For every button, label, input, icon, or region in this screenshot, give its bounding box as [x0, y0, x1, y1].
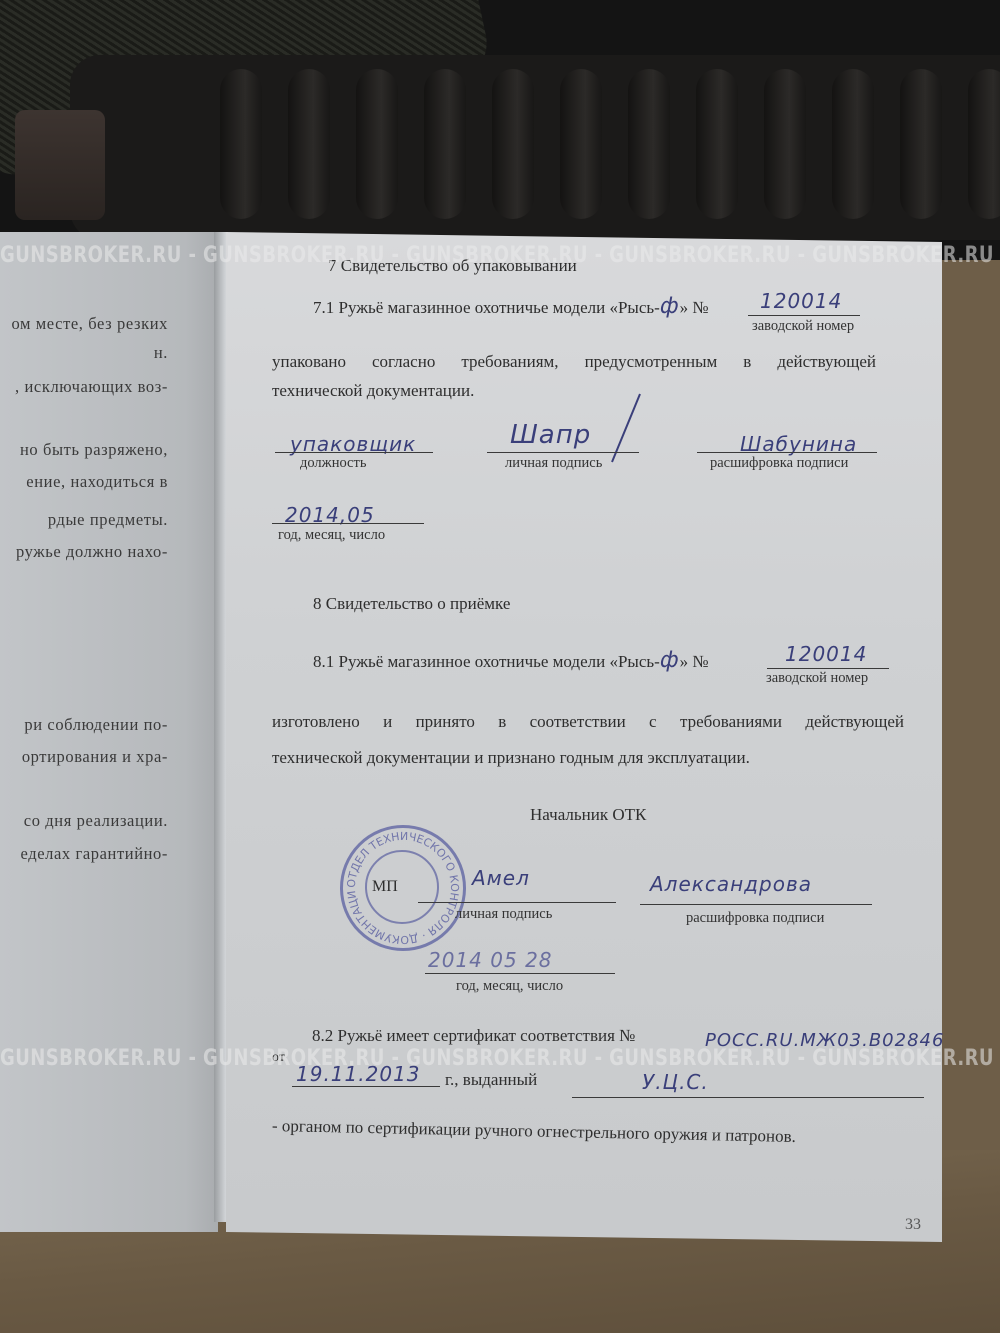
name-underline	[640, 904, 872, 905]
barrel-ring	[15, 110, 105, 220]
otk-stamp: ОТДЕЛ ТЕХНИЧЕСКОГО КОНТРОЛЯ · ДОКУМЕНТАЦ…	[340, 825, 466, 951]
cert-issuer-underline	[572, 1097, 924, 1098]
section8-body-line1: изготовлено и принято в соответствии с т…	[272, 712, 904, 732]
date-underline	[425, 973, 615, 974]
forend-rib	[900, 69, 942, 219]
forend-rib	[560, 69, 602, 219]
section7-item-suffix: » №	[680, 298, 709, 317]
otk-title: Начальник ОТК	[530, 805, 646, 825]
left-page-line: ортирования и хра-	[22, 747, 168, 767]
forend-rib	[220, 69, 262, 219]
section7-item-prefix: 7.1 Ружьё магазинное охотничье модели «Р…	[313, 298, 660, 317]
page-number: 33	[905, 1216, 921, 1234]
model-letter-handwritten: ф	[660, 648, 680, 673]
serial-underline	[767, 668, 889, 669]
forend-rib	[968, 69, 1000, 219]
section8-item-prefix: 8.1 Ружьё магазинное охотничье модели «Р…	[313, 652, 660, 671]
section8-date-caption: год, месяц, число	[456, 978, 563, 995]
signature-underline	[418, 902, 616, 903]
section7-body-line1: упаковано согласно требованиям, предусмо…	[272, 352, 876, 372]
section8-body-line2: технической документации и признано годн…	[272, 748, 750, 768]
section7-signature: Шапр	[510, 420, 591, 450]
section7-body-line2: технической документации.	[272, 381, 474, 401]
forend-rib	[492, 69, 534, 219]
cert-date-underline	[292, 1086, 440, 1087]
svg-text:ОТДЕЛ ТЕХНИЧЕСКОГО КОНТРОЛЯ ·: ОТДЕЛ ТЕХНИЧЕСКОГО КОНТРОЛЯ · ДОКУМЕНТАЦ…	[340, 825, 461, 946]
left-page-line: со дня реализации.	[24, 811, 168, 831]
section8-date-handwritten: 2014 05 28	[428, 948, 553, 972]
section8-name-caption: расшифровка подписи	[686, 910, 824, 927]
section7-item: 7.1 Ружьё магазинное охотничье модели «Р…	[313, 294, 709, 319]
serial-underline	[748, 315, 860, 316]
section7-name-caption: расшифровка подписи	[710, 455, 848, 472]
left-page-line: ри соблюдении по-	[24, 715, 168, 735]
section8-item-suffix: » №	[680, 652, 709, 671]
section8-name-handwritten: Александрова	[650, 872, 812, 896]
stamp-text-ring: ОТДЕЛ ТЕХНИЧЕСКОГО КОНТРОЛЯ · ДОКУМЕНТАЦ…	[340, 825, 466, 951]
mp-label: МП	[372, 878, 398, 896]
section8-serial-number: 120014	[785, 642, 867, 666]
left-page-line: , исключающих воз-	[15, 377, 168, 397]
shotgun-forend	[70, 55, 1000, 240]
watermark-bottom: GUNSBROKER.RU - GUNSBROKER.RU - GUNSBROK…	[0, 1046, 820, 1071]
section8-signature: Амел	[472, 866, 530, 890]
cert-line1: 8.2 Ружьё имеет сертификат соответствия …	[312, 1026, 635, 1046]
forend-rib	[424, 69, 466, 219]
forend-rib	[628, 69, 670, 219]
section8-signature-caption: личная подпись	[455, 906, 552, 923]
signature-underline	[487, 452, 639, 453]
name-underline	[697, 452, 877, 453]
left-page-line: ружье должно нахо-	[16, 542, 168, 562]
cert-issuer-handwritten: У.Ц.С.	[642, 1070, 709, 1094]
position-underline	[275, 452, 433, 453]
forend-rib	[832, 69, 874, 219]
cert-issued: г., выданный	[445, 1070, 537, 1090]
forend-rib	[288, 69, 330, 219]
watermark-top: GUNSBROKER.RU - GUNSBROKER.RU - GUNSBROK…	[0, 243, 820, 268]
left-page-line: ом месте, без резких	[11, 314, 168, 334]
section7-position-caption: должность	[300, 455, 366, 472]
section7-date-caption: год, месяц, число	[278, 527, 385, 544]
left-page: ом месте, без резкихн., исключающих воз-…	[0, 232, 218, 1232]
section8-serial-caption: заводской номер	[766, 670, 868, 687]
section7-signature-caption: личная подпись	[505, 455, 602, 472]
section8-heading: 8 Свидетельство о приёмке	[313, 594, 510, 614]
section7-serial-number: 120014	[760, 289, 842, 313]
left-page-line: ение, находиться в	[26, 472, 168, 492]
left-page-line: еделах гарантийно-	[21, 844, 169, 864]
left-page-line: н.	[154, 343, 168, 363]
section7-serial-caption: заводской номер	[752, 318, 854, 335]
forend-rib	[696, 69, 738, 219]
date-underline	[272, 523, 424, 524]
forend-rib	[356, 69, 398, 219]
forend-rib	[764, 69, 806, 219]
section8-item: 8.1 Ружьё магазинное охотничье модели «Р…	[313, 648, 709, 673]
model-letter-handwritten: ф	[660, 294, 680, 319]
left-page-line: рдые предметы.	[48, 510, 168, 530]
left-page-line: но быть разряжено,	[20, 440, 168, 460]
